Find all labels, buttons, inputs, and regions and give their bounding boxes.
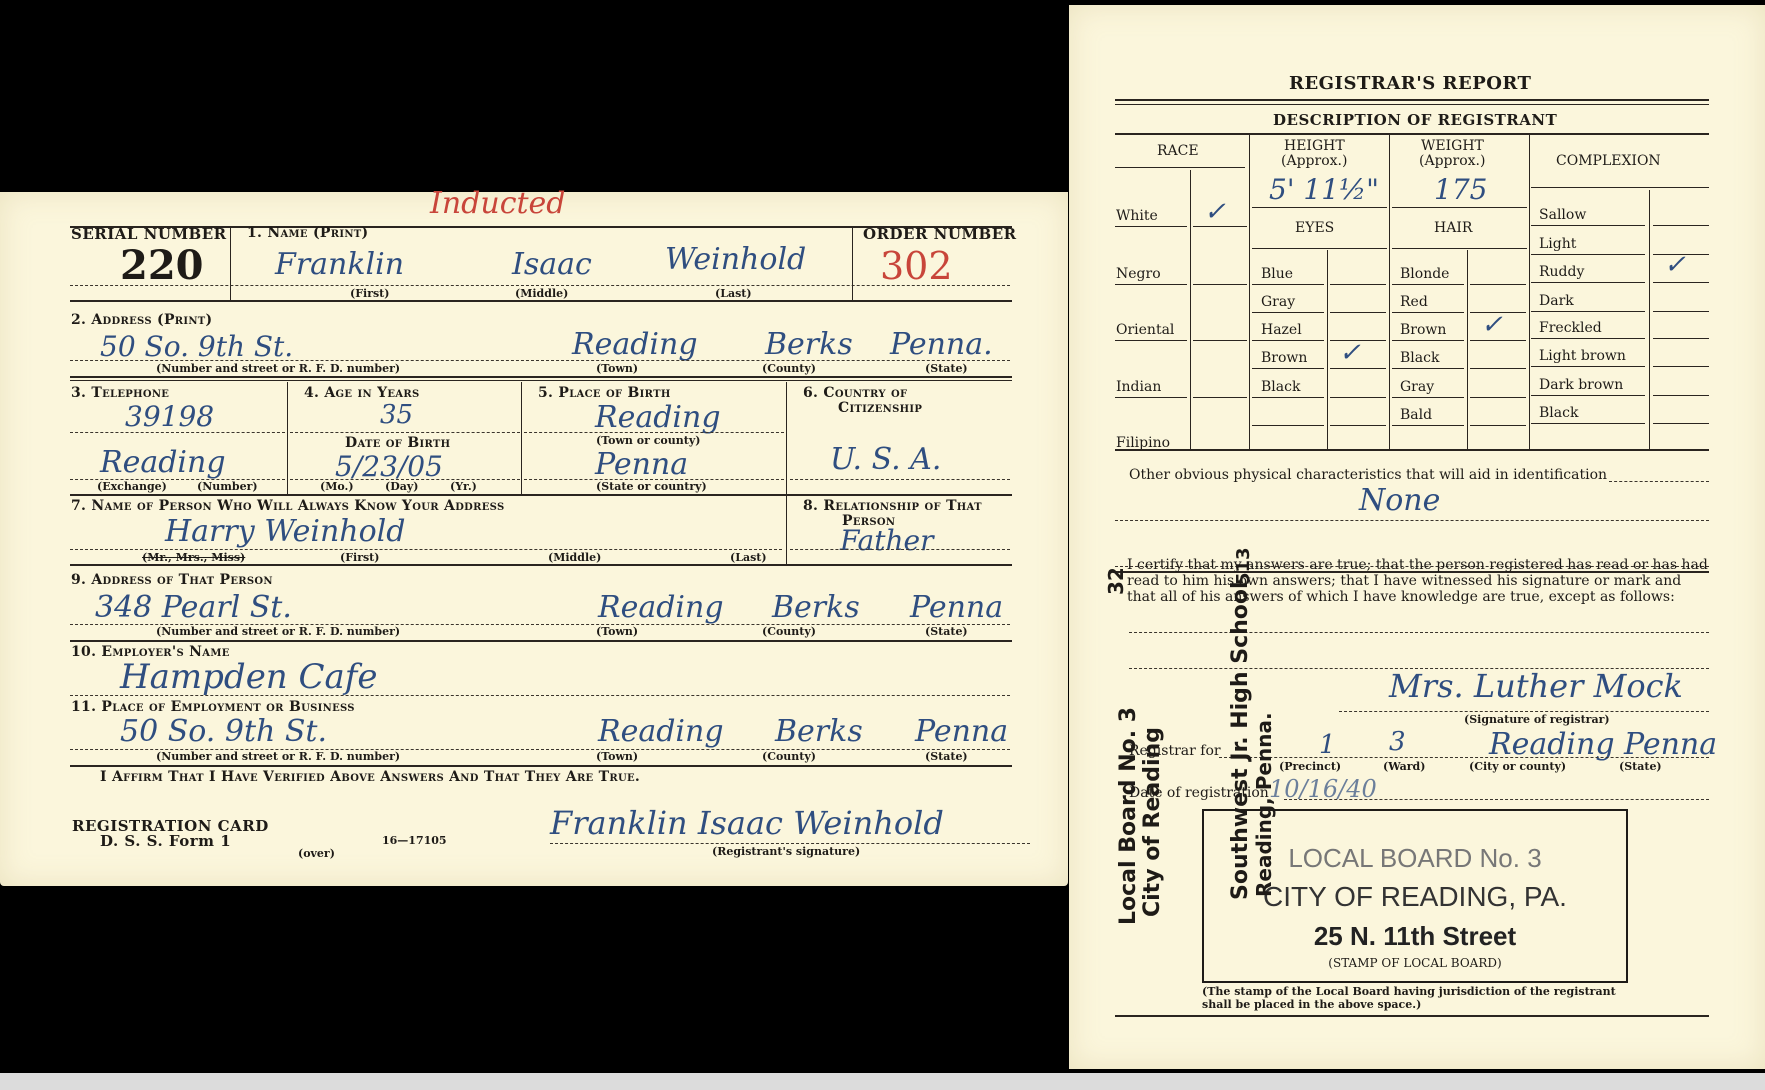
ward-value: 3	[1389, 727, 1406, 757]
address-town: Reading	[572, 327, 698, 362]
eyes-black: Black	[1261, 379, 1300, 395]
address-label: 2. Address (Print)	[71, 312, 212, 328]
contact-label: 7. Name of Person Who Will Always Know Y…	[71, 498, 505, 514]
complexion-header: COMPLEXION	[1556, 153, 1661, 169]
name-first-sublabel: (First)	[350, 287, 389, 300]
complexion-freckled: Freckled	[1539, 320, 1602, 336]
dob-mo-sublabel: (Mo.)	[320, 480, 354, 493]
state-sublabel: (State)	[1619, 760, 1662, 773]
hair-blonde: Blonde	[1400, 266, 1449, 282]
complexion-light-brown: Light brown	[1539, 348, 1626, 364]
eyes-gray: Gray	[1261, 294, 1295, 310]
height-value: 5' 11½"	[1269, 173, 1379, 206]
complexion-dark-brown: Dark brown	[1539, 377, 1623, 393]
address-county: Berks	[765, 327, 853, 362]
age-value: 35	[380, 400, 413, 430]
address-street-sublabel: (Number and street or R. F. D. number)	[156, 362, 400, 375]
employment-state-sublabel: (State)	[925, 750, 968, 763]
telephone-exchange: Reading	[100, 445, 226, 480]
eyes-brown-check-icon: ✓	[1339, 338, 1361, 368]
complexion-ruddy: Ruddy	[1539, 264, 1584, 280]
contact-address-street: 348 Pearl St.	[95, 590, 292, 625]
employment-county: Berks	[775, 714, 863, 749]
order-number-label: ORDER NUMBER	[863, 225, 1017, 243]
registrar-signature-label: (Signature of registrar)	[1464, 713, 1610, 726]
employer-value: Hampden Cafe	[120, 657, 378, 697]
affirmation-text: I Affirm That I Have Verified Above Answ…	[100, 769, 640, 785]
hair-gray: Gray	[1400, 379, 1434, 395]
stamp-caption: (STAMP OF LOCAL BOARD)	[1204, 956, 1626, 970]
race-indian: Indian	[1116, 379, 1161, 395]
ward-sublabel: (Ward)	[1383, 760, 1425, 773]
stamp-line-3: 25 N. 11th Street	[1204, 921, 1626, 952]
employment-town-sublabel: (Town)	[596, 750, 638, 763]
name-first: Franklin	[275, 247, 404, 282]
weight-value: 175	[1434, 173, 1487, 206]
citizenship-value: U. S. A.	[830, 442, 941, 477]
employment-state: Penna	[915, 714, 1008, 749]
number-sublabel: (Number)	[197, 480, 258, 493]
address-state: Penna.	[890, 327, 993, 362]
eyes-blue: Blue	[1261, 266, 1293, 282]
birthplace-state-sublabel: (State or country)	[596, 480, 707, 493]
age-label: 4. Age in Years	[304, 385, 420, 401]
contact-address-town: Reading	[598, 590, 724, 625]
relationship-label-1: 8. Relationship of That	[803, 498, 982, 514]
print-code: 16—17105	[382, 834, 447, 847]
exchange-sublabel: (Exchange)	[97, 480, 167, 493]
serial-number-label: SERIAL NUMBER	[71, 225, 227, 243]
name-label: 1. Name (Print)	[247, 225, 368, 241]
telephone-number: 39198	[125, 400, 214, 433]
dob-label: Date of Birth	[345, 435, 450, 451]
contact-county-sublabel: (County)	[762, 625, 816, 638]
race-header: RACE	[1157, 143, 1199, 159]
over-label: (over)	[298, 847, 335, 860]
hair-header: HAIR	[1434, 220, 1472, 236]
employment-label: 11. Place of Employment or Business	[71, 699, 355, 715]
order-number: 302	[880, 244, 953, 288]
hair-brown: Brown	[1400, 322, 1446, 338]
contact-name: Harry Weinhold	[165, 514, 405, 549]
contact-town-sublabel: (Town)	[596, 625, 638, 638]
hair-black: Black	[1400, 350, 1439, 366]
contact-title-sublabel: (Mr., Mrs., Miss)	[142, 551, 245, 564]
complexion-light: Light	[1539, 236, 1576, 252]
dob-day-sublabel: (Day)	[385, 480, 418, 493]
address-county-sublabel: (County)	[762, 362, 816, 375]
complexion-black: Black	[1539, 405, 1578, 421]
race-oriental: Oriental	[1116, 322, 1174, 338]
viewer-bottom-bar	[0, 1073, 1765, 1090]
vertical-stamp-number: 32	[1105, 567, 1127, 595]
contact-address-state: Penna	[910, 590, 1003, 625]
birthplace-town: Reading	[595, 400, 721, 435]
weight-approx: (Approx.)	[1419, 153, 1485, 169]
race-negro: Negro	[1116, 266, 1161, 282]
form-number: D. S. S. Form 1	[100, 832, 231, 850]
employment-street: 50 So. 9th St.	[120, 714, 327, 749]
birthplace-label: 5. Place of Birth	[538, 385, 671, 401]
birthplace-state: Penna	[595, 447, 688, 482]
address-town-sublabel: (Town)	[596, 362, 638, 375]
name-last: Weinhold	[665, 242, 806, 277]
report-title: REGISTRAR'S REPORT	[1289, 73, 1531, 94]
name-last-sublabel: (Last)	[715, 287, 752, 300]
relationship-value: Father	[840, 524, 933, 557]
inducted-annotation: Inducted	[430, 186, 566, 221]
contact-street-sublabel: (Number and street or R. F. D. number)	[156, 625, 400, 638]
employment-street-sublabel: (Number and street or R. F. D. number)	[156, 750, 400, 763]
weight-header: WEIGHT	[1421, 138, 1484, 154]
other-characteristics-label: Other obvious physical characteristics t…	[1129, 467, 1607, 483]
registrant-signature: Franklin Isaac Weinhold	[550, 804, 944, 842]
employment-county-sublabel: (County)	[762, 750, 816, 763]
hair-bald: Bald	[1400, 407, 1432, 423]
contact-address-county: Berks	[772, 590, 860, 625]
description-subtitle: DESCRIPTION OF REGISTRANT	[1273, 111, 1557, 129]
vertical-stamp-code: 513	[1234, 547, 1254, 585]
address-street: 50 So. 9th St.	[100, 330, 293, 363]
hair-brown-check-icon: ✓	[1481, 310, 1503, 340]
precinct-value: 1	[1319, 730, 1336, 760]
serial-number: 220	[120, 242, 204, 289]
other-characteristics-value: None	[1359, 483, 1440, 518]
registrar-signature: Mrs. Luther Mock	[1389, 667, 1683, 705]
contact-last-sublabel: (Last)	[730, 551, 767, 564]
eyes-hazel: Hazel	[1261, 322, 1302, 338]
height-approx: (Approx.)	[1281, 153, 1347, 169]
citizenship-label-1: 6. Country of	[803, 385, 907, 401]
address-state-sublabel: (State)	[925, 362, 968, 375]
registration-card-front: Inducted SERIAL NUMBER 220 1. Name (Prin…	[0, 192, 1068, 886]
signature-label: (Registrant's signature)	[712, 845, 860, 858]
height-header: HEIGHT	[1284, 138, 1345, 154]
contact-address-label: 9. Address of That Person	[71, 572, 273, 588]
contact-state-sublabel: (State)	[925, 625, 968, 638]
eyes-brown: Brown	[1261, 350, 1307, 366]
certification-text: I certify that my answers are true; that…	[1127, 557, 1712, 605]
registrars-report: REGISTRAR'S REPORT DESCRIPTION OF REGIST…	[1069, 5, 1765, 1069]
employment-town: Reading	[598, 714, 724, 749]
vertical-stamp-school: Southwest Jr. High School	[1229, 581, 1253, 900]
telephone-label: 3. Telephone	[71, 385, 169, 401]
complexion-ruddy-check-icon: ✓	[1664, 250, 1686, 280]
complexion-sallow: Sallow	[1539, 207, 1586, 223]
contact-middle-sublabel: (Middle)	[548, 551, 601, 564]
city-sublabel: (City or county)	[1469, 760, 1566, 773]
precinct-sublabel: (Precinct)	[1279, 760, 1341, 773]
citizenship-label-2: Citizenship	[838, 400, 922, 416]
name-middle-sublabel: (Middle)	[515, 287, 568, 300]
stamp-note: (The stamp of the Local Board having jur…	[1202, 985, 1632, 1011]
birthplace-town-sublabel: (Town or county)	[596, 434, 700, 447]
vertical-stamp-city: City of Reading	[1141, 727, 1165, 917]
contact-first-sublabel: (First)	[340, 551, 379, 564]
eyes-header: EYES	[1295, 220, 1334, 236]
race-white-check-icon: ✓	[1204, 197, 1226, 227]
vertical-stamp-reading: Reading, Penna.	[1253, 712, 1275, 897]
complexion-dark: Dark	[1539, 293, 1574, 309]
race-white: White	[1116, 208, 1158, 224]
dob-yr-sublabel: (Yr.)	[450, 480, 477, 493]
vertical-stamp-local-board: Local Board No. 3	[1117, 707, 1141, 925]
name-middle: Isaac	[512, 247, 592, 282]
hair-red: Red	[1400, 294, 1428, 310]
